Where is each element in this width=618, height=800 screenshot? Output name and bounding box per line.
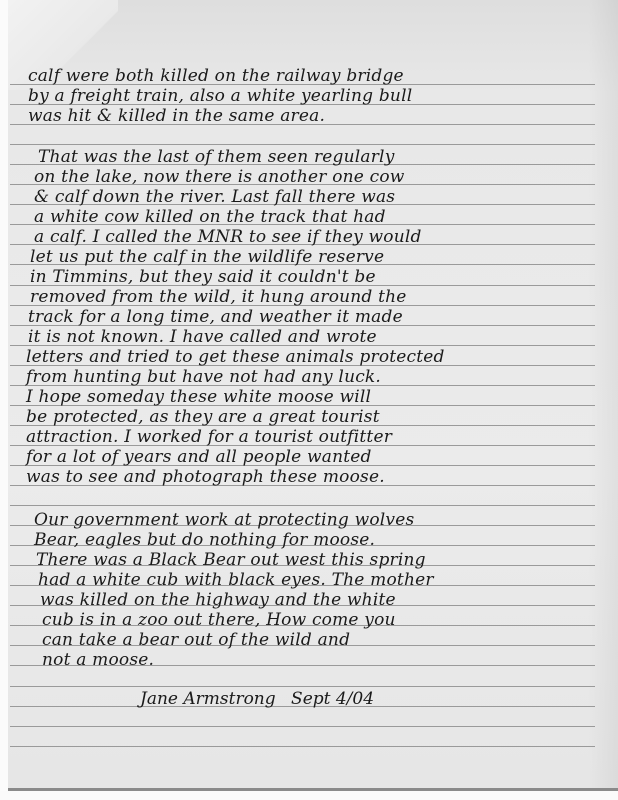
letter-line: had a white cub with black eyes. The mot… — [38, 570, 434, 590]
letter-line: a white cow killed on the track that had — [34, 207, 386, 227]
ruled-line — [10, 726, 595, 727]
letter-line: & calf down the river. Last fall there w… — [34, 187, 395, 207]
signature-date: Sept 4/04 — [291, 689, 374, 709]
letter-line: calf were both killed on the railway bri… — [28, 66, 404, 86]
letter-line: There was a Black Bear out west this spr… — [36, 550, 426, 570]
scan-border — [0, 0, 8, 800]
letter-line: I hope someday these white moose will — [26, 387, 371, 407]
letter-line: was to see and photograph these moose. — [26, 467, 385, 487]
letter-line: Bear, eagles but do nothing for moose. — [34, 530, 375, 550]
ruled-line — [10, 144, 595, 145]
letter-line: was killed on the highway and the white — [40, 590, 396, 610]
signature-name: Jane Armstrong — [140, 689, 276, 709]
letter-line: let us put the calf in the wildlife rese… — [30, 247, 384, 267]
ruled-line — [10, 505, 595, 506]
letter-line: by a freight train, also a white yearlin… — [28, 86, 412, 106]
letter-line: That was the last of them seen regularly — [38, 147, 395, 167]
letter-line: cub is in a zoo out there, How come you — [42, 610, 396, 630]
letter-line: from hunting but have not had any luck. — [26, 367, 381, 387]
letter-line: in Timmins, but they said it couldn't be — [30, 267, 376, 287]
letter-line: not a moose. — [42, 650, 154, 670]
letter-line: attraction. I worked for a tourist outfi… — [26, 427, 392, 447]
ruled-line — [10, 746, 595, 747]
letter-line: be protected, as they are a great touris… — [26, 407, 380, 427]
letter-line: was hit & killed in the same area. — [28, 106, 325, 126]
letter-line: removed from the wild, it hung around th… — [30, 287, 407, 307]
letter-line: a calf. I called the MNR to see if they … — [34, 227, 422, 247]
signature-block: Jane Armstrong Sept 4/04 — [140, 689, 374, 709]
letter-line: track for a long time, and weather it ma… — [28, 307, 403, 327]
letter-line: for a lot of years and all people wanted — [26, 447, 372, 467]
letter-line: Our government work at protecting wolves — [34, 510, 414, 530]
letter-line: letters and tried to get these animals p… — [26, 347, 445, 367]
scan-border-bottom — [0, 791, 618, 800]
letter-line: on the lake, now there is another one co… — [34, 167, 405, 187]
ruled-line — [10, 686, 595, 687]
letter-line: it is not known. I have called and wrote — [28, 327, 377, 347]
letter-line: can take a bear out of the wild and — [42, 630, 350, 650]
